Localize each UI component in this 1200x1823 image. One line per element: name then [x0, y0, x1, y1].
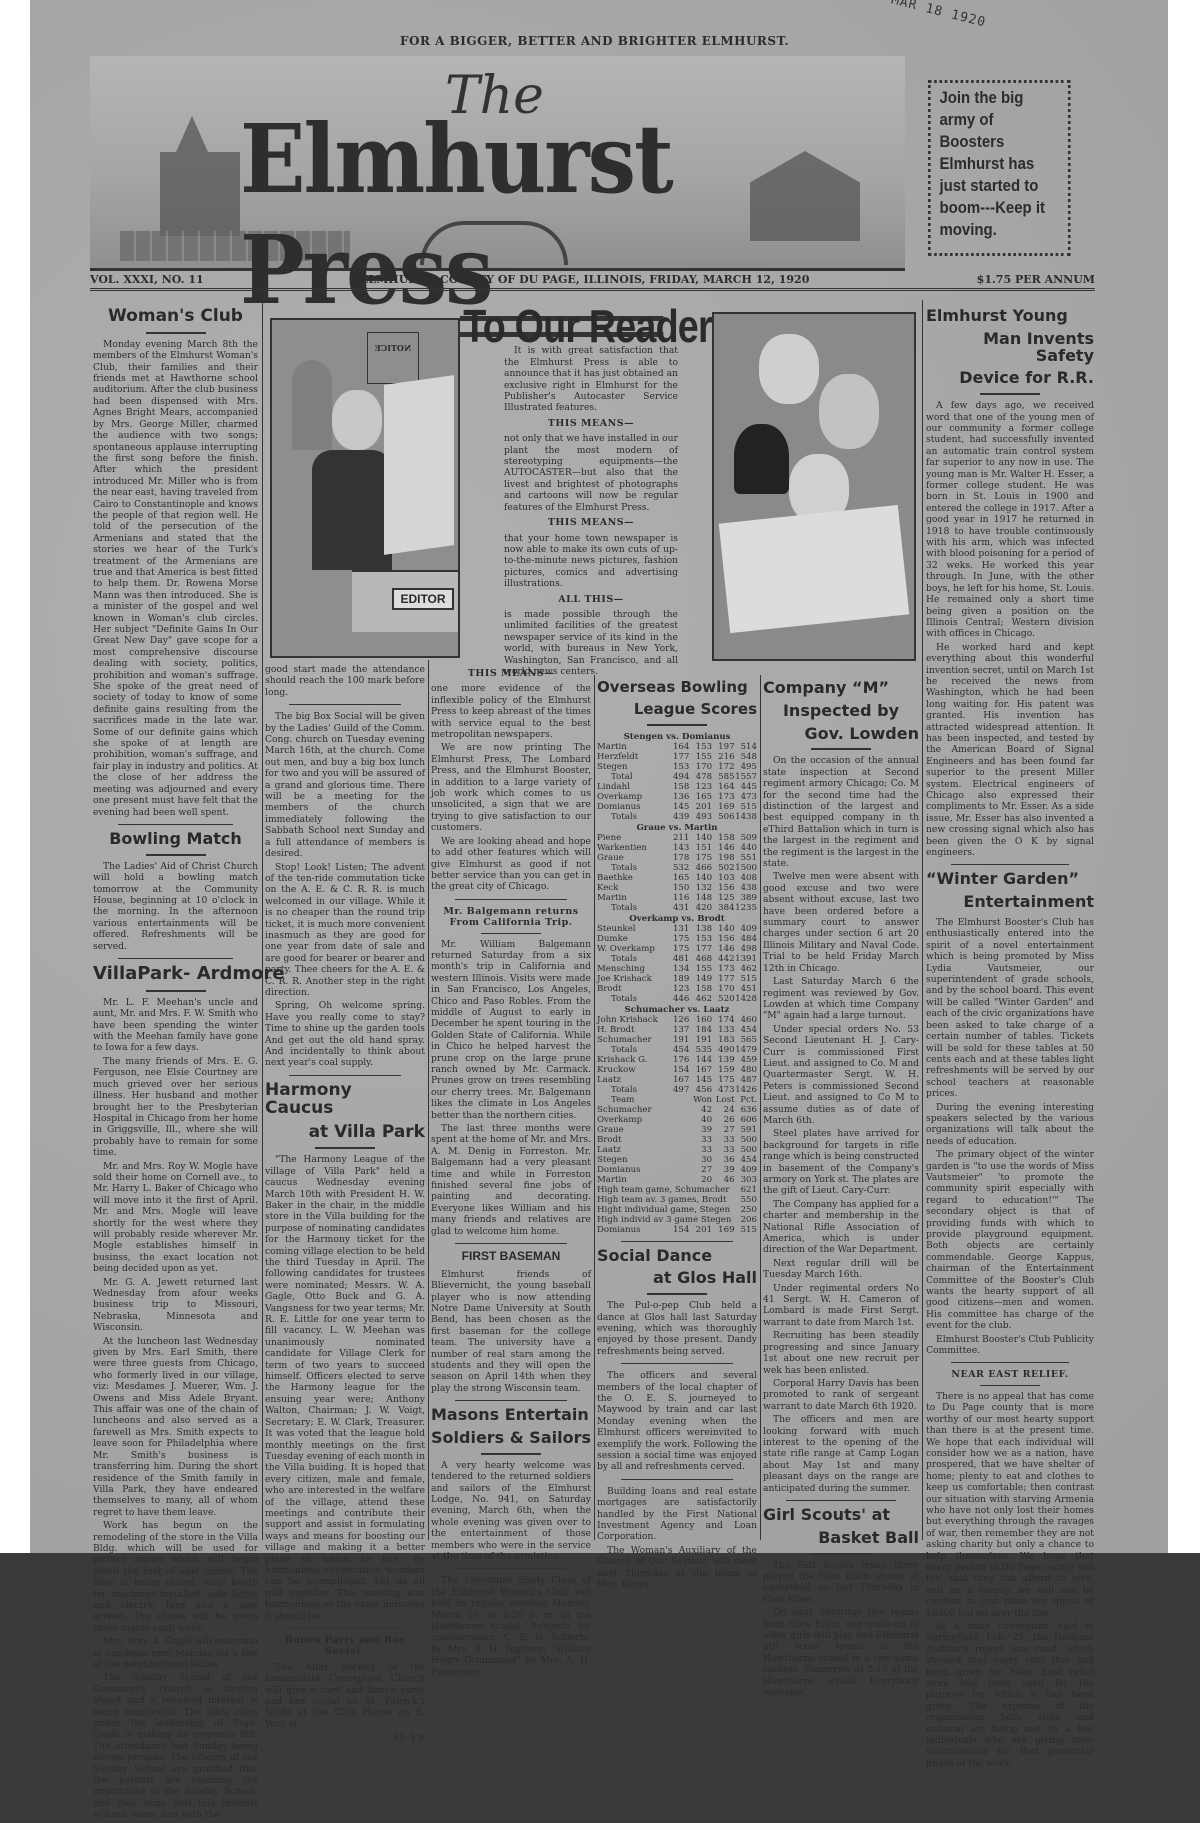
subscription-price: $1.75 PER ANNUM — [977, 273, 1095, 286]
article-paragraph: The Woman's Auxiliary of the Church of O… — [597, 1545, 757, 1553]
headline-company-m-3: Gov. Lowden — [763, 726, 919, 743]
article-paragraph: Steel plates have arrived for background… — [763, 1128, 919, 1196]
record-row: High team game, Schumacher621 — [597, 1185, 757, 1195]
article-paragraph: The officers and men are looking forward… — [763, 1414, 919, 1494]
column-1: Woman's Club Monday evening March 8th th… — [93, 306, 258, 1553]
subheading: ALL THIS— — [504, 594, 678, 605]
column-rule — [922, 300, 923, 1540]
headline-to-our-readers: To Our Readers — [460, 316, 663, 337]
player-row: Domianus154201169515 — [597, 1225, 757, 1235]
school-building-illustration — [160, 116, 240, 236]
article-paragraph: Corporal Harry Davis has been promoted t… — [763, 1378, 919, 1412]
volume-number: VOL. XXXI, NO. 11 — [90, 273, 204, 286]
player-row: Kruckow154167159480 — [597, 1065, 757, 1075]
player-row: Graue178175198551 — [597, 853, 757, 863]
player-row: Brodt123158170451 — [597, 984, 757, 994]
place-and-date: ELMHURST, COUNTY OF DU PAGE, ILLINOIS, F… — [360, 273, 809, 286]
standings-row: Domianus2739409 — [597, 1165, 757, 1175]
article-paragraph: The last three months were spent at the … — [431, 1123, 591, 1237]
headline-bowling-scores: Overseas Bowling — [597, 680, 757, 696]
first-baseman-body: Elmhurst friends of Blievernicht, the yo… — [431, 1269, 591, 1394]
player-row: H. Brodt137184133454 — [597, 1025, 757, 1035]
team-total-row: Totals4464625201428 — [597, 994, 757, 1004]
article-paragraph: Last Saturday March 6 the regiment was r… — [763, 976, 919, 1022]
notice-sign: NOTICE — [367, 332, 419, 384]
player-row: Lindahl158123164445 — [597, 782, 757, 792]
headline-first-baseman: FIRST BASEMAN — [431, 1250, 591, 1263]
article-paragraph: Under special orders No. 53 Second Lieut… — [763, 1024, 919, 1127]
article-paragraph: Mr. G. A. Jewett returned last Wednesday… — [93, 1277, 258, 1334]
article-paragraph: During the evening interesting speakers … — [926, 1102, 1094, 1148]
record-row: High team av. 3 games, Brodt550 — [597, 1195, 757, 1205]
article-paragraph: Work has begun on the remodeling of the … — [93, 1520, 258, 1553]
subheading: THIS MEANS— — [504, 418, 678, 429]
record-row: Hight individual game, Stegen250 — [597, 1205, 757, 1215]
newspaper-title: Elmhurst Press — [240, 104, 905, 326]
headline-harmony-caucus-2: at Villa Park — [265, 1124, 425, 1142]
player-row: W. Overkamp175177146498 — [597, 944, 757, 954]
player-row: Martin164153197514 — [597, 742, 757, 752]
editor-cartoon: NOTICE EDITOR — [270, 318, 460, 658]
headline-balgemann: Mr. Balgemann returns From California Tr… — [431, 906, 591, 929]
article-paragraph: one more evidence of the inflexible poli… — [431, 683, 591, 740]
player-row: Piene211140158509 — [597, 833, 757, 843]
standings-row: Stegen3036454 — [597, 1155, 757, 1165]
article-paragraph: Mr. and Mrs. Roy W. Mogle have sold thei… — [93, 1161, 258, 1275]
headline-winter-garden-2: Entertainment — [926, 894, 1094, 911]
subheading: THIS MEANS— — [431, 668, 591, 679]
match-heading: Schumacher vs. Laatz — [597, 1004, 757, 1015]
standings-row: Overkamp4026606 — [597, 1115, 757, 1125]
article-paragraph: We are looking ahead and hope to add oth… — [431, 836, 591, 893]
article-paragraph: Mr. William Balgemann returned Saturday … — [431, 939, 591, 1122]
headline-near-east: NEAR EAST RELIEF. — [926, 1369, 1094, 1380]
column-rule — [760, 675, 761, 1540]
standings-row: Graue3927591 — [597, 1125, 757, 1135]
article-paragraph: good start made the attendance should re… — [265, 664, 425, 698]
booster-box: Join the big army of Boosters Elmhurst h… — [928, 80, 1071, 256]
headline-company-m-2: Inspected by — [763, 703, 919, 720]
scan-margin-right — [1168, 0, 1200, 1553]
player-row: Martin116148125389 — [597, 893, 757, 903]
column-3: THIS MEANS— one more evidence of the inf… — [431, 664, 591, 1553]
team-total-row: Totals4814684421391 — [597, 954, 757, 964]
article-paragraph: The Pul-o-pep Club held a dance at Glos … — [597, 1300, 757, 1357]
headline-social-dance-2: at Glos Hall — [597, 1270, 757, 1287]
article-paragraph: Mr. L. F. Meehan's uncle and aunt, Mr. a… — [93, 997, 258, 1054]
player-row: Stegen153170172495 — [597, 762, 757, 772]
headline-bowling-match: Bowling Match — [93, 831, 258, 848]
article-paragraph: Twelve men were absent with good excuse … — [763, 871, 919, 974]
standings-header-row: TeamWonLostPct. — [597, 1095, 757, 1105]
article-paragraph: The Company has applied for a charter an… — [763, 1199, 919, 1256]
player-row: John Krishack126160174460 — [597, 1015, 757, 1025]
womans-club-body: Monday evening March 8th the members of … — [93, 339, 258, 818]
headline-girl-scouts: Girl Scouts' at — [763, 1507, 919, 1524]
team-total-row: Totals4394935061438 — [597, 812, 757, 822]
column-rule — [262, 300, 263, 1540]
article-paragraph: On the occasion of the annual state insp… — [763, 755, 919, 869]
article-paragraph: The officers and several members of the … — [597, 1370, 757, 1473]
player-row: Krishack G.176144139459 — [597, 1055, 757, 1065]
article-paragraph: We are now printing The Elmhurst Press, … — [431, 742, 591, 833]
match-heading: Overkamp vs. Brodt — [597, 913, 757, 924]
column-6: Elmhurst Young Man Invents Safety Device… — [926, 306, 1094, 1553]
article-paragraph: He worked hard and kept everything about… — [926, 642, 1094, 859]
article-paragraph: A few days ago, we received word that on… — [926, 400, 1094, 640]
article-paragraph: A very hearty welcome was tendered to th… — [431, 1460, 591, 1553]
player-row: Schumacher191191183565 — [597, 1035, 757, 1045]
player-row: Overkamp136165173473 — [597, 792, 757, 802]
headline-womans-club: Woman's Club — [93, 308, 258, 326]
article-paragraph: Building loans and real estate mortgages… — [597, 1486, 757, 1543]
masthead-slogan: FOR A BIGGER, BETTER AND BRIGHTER ELMHUR… — [400, 34, 789, 48]
player-row: Keck150132156438 — [597, 883, 757, 893]
column-2: good start made the attendance should re… — [265, 664, 425, 1553]
player-row: Domianus145201169515 — [597, 802, 757, 812]
headline-villa-park: VillaPark- Ardmore — [93, 965, 258, 984]
scan-margin-left — [0, 0, 30, 1553]
player-row: Herzfeldt177155216548 — [597, 752, 757, 762]
match-heading: Stengen vs. Domianus — [597, 731, 757, 742]
headline-young-man: Elmhurst Young — [926, 308, 1094, 325]
player-row: Joe Krishack189149177515 — [597, 974, 757, 984]
readers-intro: It is with great satisfaction that the E… — [504, 345, 678, 413]
article-paragraph: There is no appeal that has come to Du P… — [926, 1391, 1094, 1553]
to-our-readers-box: To Our Readers It is with great satisfac… — [460, 316, 708, 668]
headline-social-dance: Social Dance — [597, 1248, 757, 1265]
headline-company-m: Company “M” — [763, 680, 919, 697]
article-paragraph: Next regular drill will be Tuesday March… — [763, 1258, 919, 1281]
column-5: Company “M” Inspected by Gov. Lowden On … — [763, 678, 919, 1553]
poem: Spring, Oh welcome spring. Have you real… — [265, 1000, 425, 1068]
article-paragraph: The big Box Social will be given by the … — [265, 711, 425, 859]
team-total-row: Totals4545354901479 — [597, 1045, 757, 1055]
team-total-row: Totals5324665021500 — [597, 863, 757, 873]
column-rule — [428, 660, 429, 1540]
player-row: Warkentien143151146440 — [597, 843, 757, 853]
player-row: Steunkel131138140409 — [597, 924, 757, 934]
headline-young-man-3: Device for R.R. — [926, 370, 1094, 387]
bowling-scores-table: Stengen vs. DomianusMartin164153197514He… — [597, 731, 757, 1235]
team-total-row: Total4944785851557 — [597, 772, 757, 782]
article-paragraph: not only that we have installed in our p… — [504, 433, 678, 513]
column-4: Overseas Bowling League Scores Stengen v… — [597, 678, 757, 1553]
article-paragraph: The primary object of the winter garden … — [926, 1149, 1094, 1332]
article-paragraph: Recruiting has been steadily progressing… — [763, 1330, 919, 1376]
standings-row: Brodt3333500 — [597, 1135, 757, 1145]
record-row: High individ av 3 game Stegen206 — [597, 1215, 757, 1225]
headline-harmony-caucus: Harmony Caucus — [265, 1082, 425, 1118]
standings-row: Martin2046303 — [597, 1175, 757, 1185]
headline-masons: Masons Entertain — [431, 1407, 591, 1424]
match-heading: Graue vs. Martin — [597, 822, 757, 833]
standings-row: Laatz3333500 — [597, 1145, 757, 1155]
player-row: Mensching134155173462 — [597, 964, 757, 974]
editor-desk-plate: EDITOR — [392, 588, 454, 610]
article-paragraph: Elmhurst Booster's Club Publicity Commit… — [926, 1334, 1094, 1357]
article-paragraph: that your home town newspaper is now abl… — [504, 533, 678, 590]
standings-row: Schumacher4224636 — [597, 1105, 757, 1115]
family-reading-illustration — [712, 312, 916, 661]
subheading: THIS MEANS— — [504, 517, 678, 528]
article-paragraph: Stop! Look! Listen; The advent of the te… — [265, 862, 425, 999]
article-paragraph: The Elmhurst Booster's Club has enthusia… — [926, 917, 1094, 1100]
player-row: Baethke165140103408 — [597, 873, 757, 883]
player-row: Dumke175153156484 — [597, 934, 757, 944]
dateline: VOL. XXXI, NO. 11 ELMHURST, COUNTY OF DU… — [90, 270, 1095, 291]
team-total-row: Totals4314203841235 — [597, 903, 757, 913]
bowling-match-body: The Ladies' Aid of Christ Church will ho… — [93, 861, 258, 952]
article-paragraph: At the luncheon last Wednesday given by … — [93, 1336, 258, 1519]
harmony-caucus-body: "The Harmony League of the village of Vi… — [265, 1154, 425, 1553]
headline-bowling-scores-2: League Scores — [597, 702, 757, 718]
article-paragraph: The many friends of Mrs. E. G. Ferguson,… — [93, 1056, 258, 1159]
headline-girl-scouts-2: Basket Ball — [763, 1530, 919, 1547]
masthead: The Elmhurst Press — [90, 56, 905, 271]
team-total-row: Totals4974564731426 — [597, 1085, 757, 1095]
headline-young-man-2: Man Invents Safety — [926, 331, 1094, 365]
article-paragraph: Under regimental orders No 41 Sergt. W. … — [763, 1283, 919, 1329]
headline-masons-2: Soldiers & Sailors — [431, 1430, 591, 1447]
headline-winter-garden: “Winter Garden” — [926, 871, 1094, 888]
column-rule — [594, 675, 595, 1540]
player-row: Laatz167145175487 — [597, 1075, 757, 1085]
